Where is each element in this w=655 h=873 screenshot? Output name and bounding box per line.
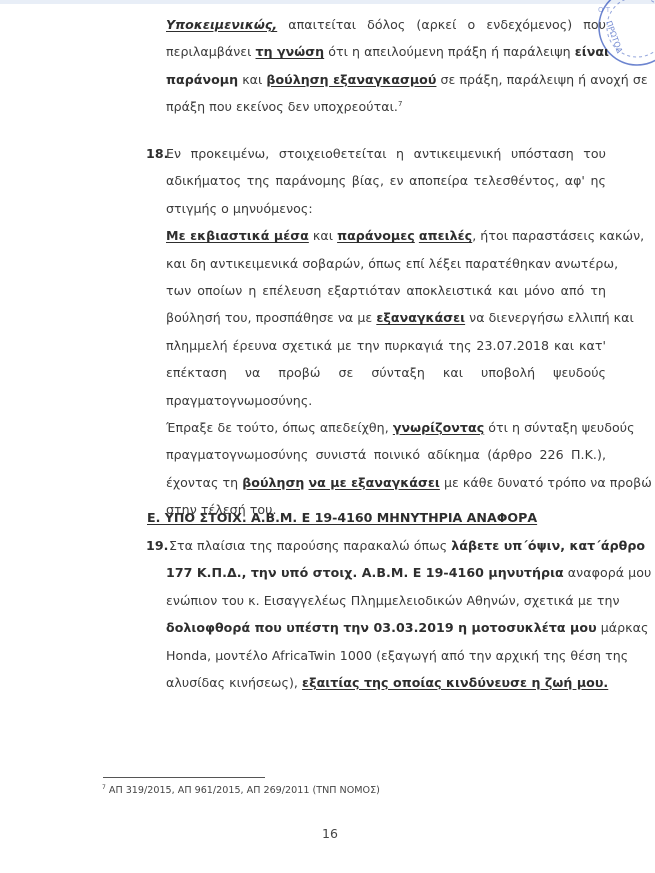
document-page: Υποκειμενικώς, απαιτείται δόλος (αρκεί ο… [0, 0, 655, 873]
paragraph-18-line: έχοντας τη βούληση να με εξαναγκάσει με … [166, 475, 606, 491]
emphasis-text: βούληση [242, 475, 304, 490]
text-run: απαιτείται δόλος (αρκεί ο ενδεχόμενος) π… [277, 17, 606, 32]
continuation-line: παράνομη και βούληση εξαναγκασμού σε πρά… [166, 72, 606, 88]
paragraph-18-line: και δη αντικειμενικά σοβαρών, όπως επί λ… [166, 256, 606, 272]
emphasis-text: δολιοφθορά που υπέστη την 03.03.2019 η μ… [166, 620, 597, 635]
page-number: 16 [322, 826, 338, 841]
emphasis-text: παράνομη [166, 72, 238, 87]
text-run: ενώπιον του κ. Εισαγγελέως Πλημμελειοδικ… [166, 593, 620, 608]
paragraph-18-line: πλημμελή έρευνα σχετικά με την πυρκαγιά … [166, 338, 606, 354]
text-run: αδικήματος της παράνομης βίας, εν αποπεί… [166, 173, 606, 188]
text-run: επέκταση να προβώ σε σύνταξη και υποβολή… [166, 365, 606, 380]
text-run: και δη αντικειμενικά σοβαρών, όπως επί λ… [166, 256, 618, 271]
text-run: και [238, 72, 266, 87]
emphasis-text: Με εκβιαστικά μέσα [166, 228, 309, 243]
text-run: με κάθε δυνατό τρόπο να προβώ [440, 475, 652, 490]
paragraph-18-line: Έπραξε δε τούτο, όπως απεδείχθη, γνωρίζο… [166, 420, 606, 436]
text-run: μάρκας [597, 620, 649, 635]
emphasis-text: εξαναγκάσει [376, 310, 465, 325]
text-run: σε πράξη, παράλειψη ή ανοχή σε [436, 72, 647, 87]
text-run: πλημμελή έρευνα σχετικά με την πυρκαγιά … [166, 338, 606, 353]
paragraph-18-line: Εν προκειμένω, στοιχειοθετείται η αντικε… [166, 146, 606, 162]
text-run: πραγματογνωμοσύνης συνιστά ποινικό αδίκη… [166, 447, 606, 462]
emphasis-text: λάβετε υπ΄όψιν, κατ΄άρθρο [451, 538, 645, 553]
text-run: στιγμής ο μηνυόμενος: [166, 201, 313, 216]
continuation-line: πράξη που εκείνος δεν υποχρεούται.7 [166, 99, 606, 115]
text-run: να διενεργήσω ελλιπή και [465, 310, 634, 325]
paragraph-19-line: ενώπιον του κ. Εισαγγελέως Πλημμελειοδικ… [166, 593, 606, 609]
paragraph-18-line: επέκταση να προβώ σε σύνταξη και υποβολή… [166, 365, 606, 381]
text-run: ότι η απειλούμενη πράξη ή παράλειψη [324, 44, 575, 59]
emphasis-text: είναι [575, 44, 609, 59]
footnote-text: ΑΠ 319/2015, ΑΠ 961/2015, ΑΠ 269/2011 (Τ… [106, 785, 380, 796]
text-run: πράξη που εκείνος δεν υποχρεούται. [166, 99, 398, 114]
text-run: έχοντας τη [166, 475, 242, 490]
continuation-line: Υποκειμενικώς, απαιτείται δόλος (αρκεί ο… [166, 17, 606, 33]
footnote: 7 ΑΠ 319/2015, ΑΠ 961/2015, ΑΠ 269/2011 … [102, 785, 380, 796]
text-run: Έπραξε δε τούτο, όπως απεδείχθη, [166, 420, 393, 435]
continuation-line: περιλαμβάνει τη γνώση ότι η απειλούμενη … [166, 44, 606, 60]
paragraph-19-line: αλυσίδας κινήσεως), εξαιτίας της οποίας … [166, 675, 606, 691]
text-run: και [309, 228, 337, 243]
emphasis-text: 177 Κ.Π.Δ., την υπό στοιχ. Α.Β.Μ. Ε 19-4… [166, 565, 564, 580]
paragraph-19-line: Στα πλαίσια της παρούσης παρακαλώ όπως λ… [169, 538, 606, 554]
text-run: περιλαμβάνει [166, 44, 256, 59]
emphasis-text: να με εξαναγκάσει [309, 475, 440, 490]
text-run: Εν προκειμένω, στοιχειοθετείται η αντικε… [166, 146, 606, 161]
text-run: αναφορά μου [564, 565, 652, 580]
text-run: 7 [398, 100, 403, 108]
section-heading: Ε. ΥΠΟ ΣΤΟΙΧ. Α.Β.Μ. Ε 19-4160 ΜΗΝΥΤΗΡΙΑ… [147, 510, 537, 525]
paragraph-18-line: πραγματογνωμοσύνης. [166, 393, 606, 409]
text-run: Honda, μοντέλο AfricaTwin 1000 (εξαγωγή … [166, 648, 628, 663]
paragraph-19-line: 177 Κ.Π.Δ., την υπό στοιχ. Α.Β.Μ. Ε 19-4… [166, 565, 606, 581]
paragraph-19-line: Honda, μοντέλο AfricaTwin 1000 (εξαγωγή … [166, 648, 606, 664]
emphasis-text: απειλές [419, 228, 472, 243]
emphasis-text: εξαιτίας της οποίας κινδύνευσε η ζωή μου… [302, 675, 608, 690]
paragraph-18-line: πραγματογνωμοσύνης συνιστά ποινικό αδίκη… [166, 447, 606, 463]
text-run: πραγματογνωμοσύνης. [166, 393, 312, 408]
emphasis-text: τη γνώση [256, 44, 325, 59]
paragraph-18-line: των οποίων η επέλευση εξαρτιόταν αποκλει… [166, 283, 606, 299]
text-run: ότι η σύνταξη ψευδούς [484, 420, 634, 435]
emphasis-text: γνωρίζοντας [393, 420, 484, 435]
paragraph-number: 19. [146, 538, 168, 554]
emphasis-text: παράνομες [337, 228, 415, 243]
paragraph-18-line: στιγμής ο μηνυόμενος: [166, 201, 606, 217]
paragraph-18-line: αδικήματος της παράνομης βίας, εν αποπεί… [166, 173, 606, 189]
emphasis-text: Υποκειμενικώς, [166, 17, 277, 32]
text-run: βούλησή του, προσπάθησε να με [166, 310, 376, 325]
text-run: , ήτοι παραστάσεις κακών, [472, 228, 644, 243]
footnote-divider [103, 777, 265, 778]
text-run: Στα πλαίσια της παρούσης παρακαλώ όπως [169, 538, 451, 553]
paragraph-18-line: Με εκβιαστικά μέσα και παράνομες απειλές… [166, 228, 606, 244]
emphasis-text: βούληση εξαναγκασμού [266, 72, 436, 87]
paragraph-18-line: βούλησή του, προσπάθησε να με εξαναγκάσε… [166, 310, 606, 326]
text-run: αλυσίδας κινήσεως), [166, 675, 302, 690]
text-run: των οποίων η επέλευση εξαρτιόταν αποκλει… [166, 283, 606, 298]
paragraph-19-line: δολιοφθορά που υπέστη την 03.03.2019 η μ… [166, 620, 606, 636]
